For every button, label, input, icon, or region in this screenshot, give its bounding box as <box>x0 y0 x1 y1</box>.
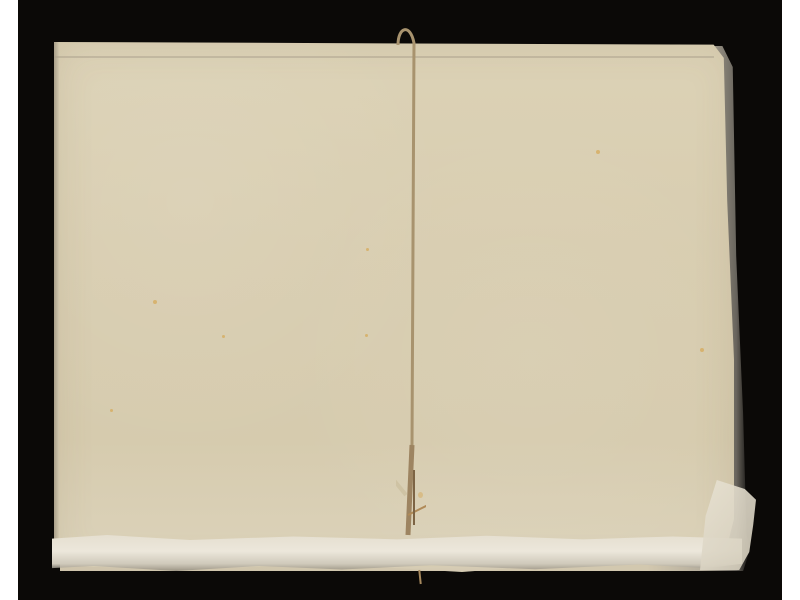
paper-speck <box>366 248 369 251</box>
paper-top-sheet <box>54 42 734 572</box>
tie-string <box>396 25 426 540</box>
paper-speck <box>365 334 368 337</box>
paper-top-crease <box>54 56 714 58</box>
right-letterbox <box>782 0 800 600</box>
paper-speck <box>110 409 113 412</box>
paper-left-edge <box>54 42 59 562</box>
paper-speck <box>700 348 704 352</box>
paper-speck <box>596 150 600 154</box>
paper-speck <box>222 335 225 338</box>
photo-scene <box>0 0 800 600</box>
paper-speck <box>153 300 157 304</box>
left-letterbox <box>0 0 18 600</box>
stray-fiber <box>418 570 421 584</box>
